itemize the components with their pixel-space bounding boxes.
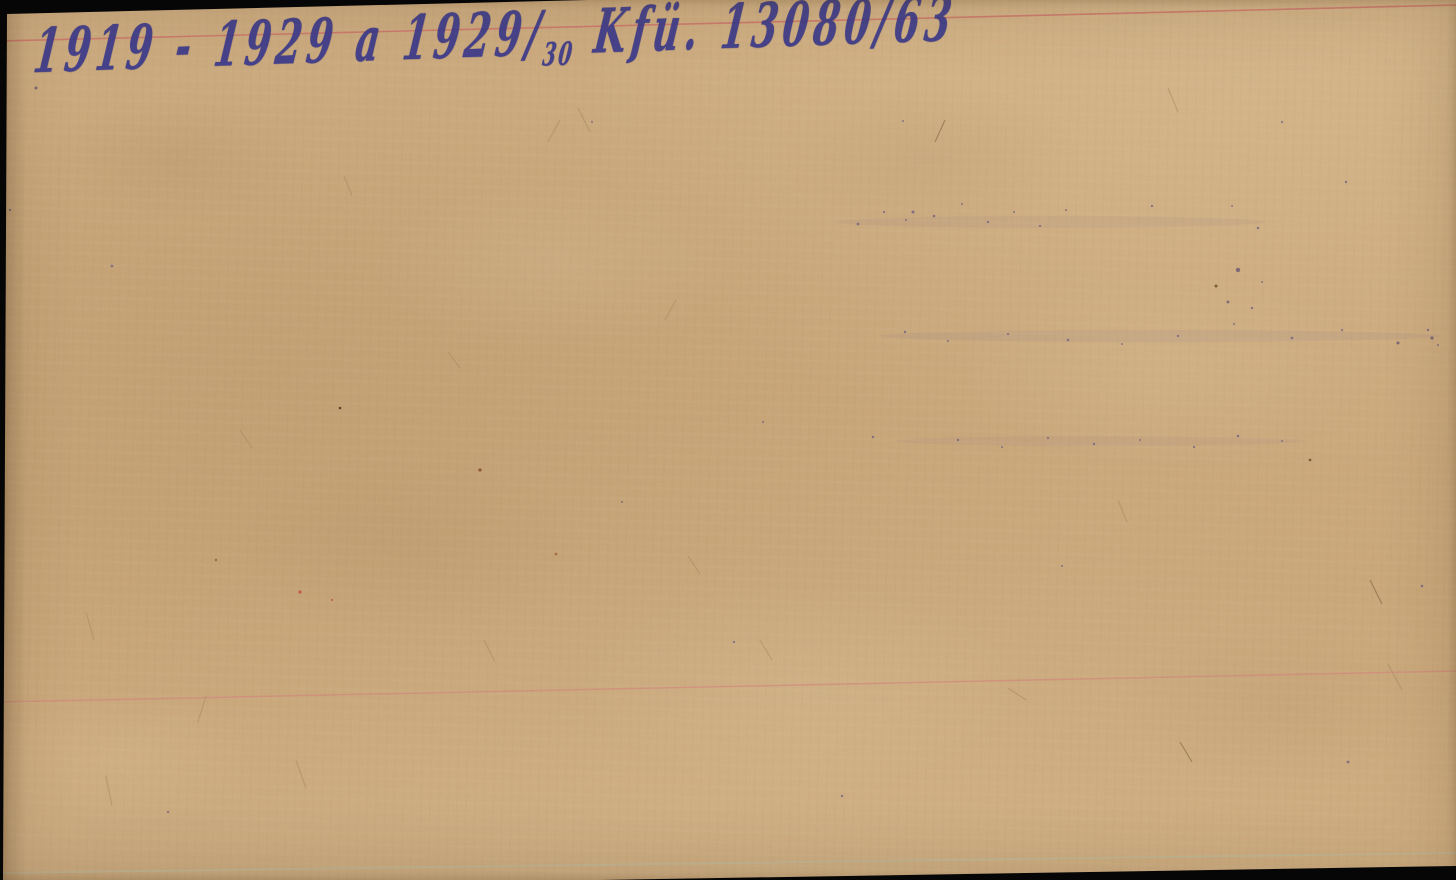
- index-card: 1919 - 1929 a 1929/30 Kfü. 13080/63: [0, 0, 1456, 880]
- inscription-years: 1919 - 1929 a 1929/: [30, 0, 550, 87]
- photo-backdrop: 1919 - 1929 a 1929/30 Kfü. 13080/63: [0, 0, 1456, 880]
- inscription-sub-30: 30: [541, 35, 577, 73]
- paper-grain-highlight: [0, 0, 1456, 880]
